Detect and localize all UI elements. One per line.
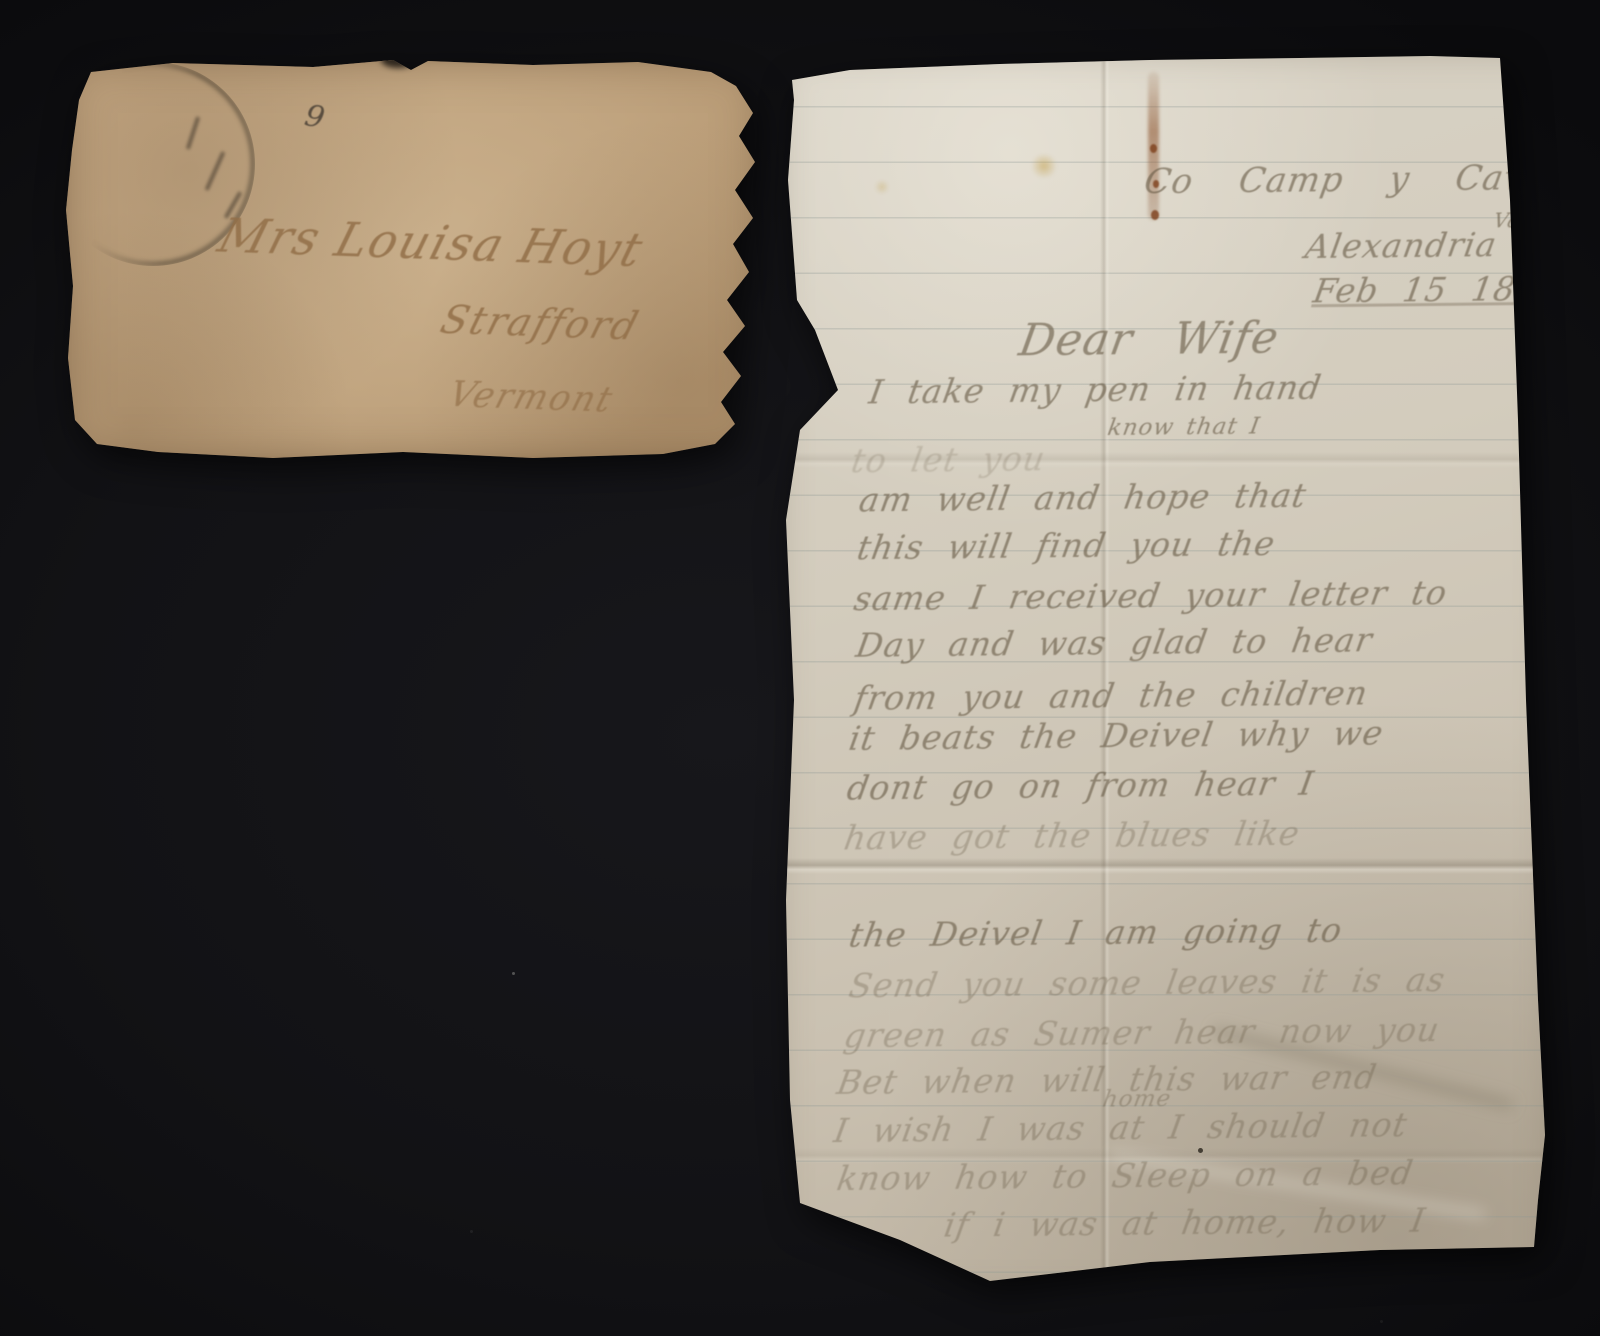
dust-speck [470,1230,473,1233]
letter-line-2: to let you [849,439,1049,480]
letter-heading-date: Feb 15 1863 [1311,269,1564,311]
ink-smudge [381,52,415,68]
envelope-wrapper: 9 Mrs Louisa Hoyt Strafford Vermont [63,58,763,462]
letter-line-8: it beats the Deivel why we [846,713,1386,758]
letter-line-11: the Deivel I am going to [846,910,1345,954]
ink-smudge [313,510,353,520]
horizontal-fold-crease [778,858,1550,874]
dust-speck [512,972,515,975]
letter-salutation: Dear Wife [1016,313,1283,367]
letter-line-15: I wish I was at I should not [831,1105,1410,1150]
letter-line-9: dont go on from hear I [844,764,1317,808]
pencil-rate-number: 9 [302,98,328,136]
ink-speck [1198,1148,1203,1153]
letter-wrapper: Co Camp y Cava Va Alexandria Feb 15 1863… [778,52,1550,1297]
letter-line-5: same I received your letter to [851,573,1450,618]
yellow-stain [874,180,890,194]
rust-stain-dot [1151,210,1159,220]
letter-sheet: Co Camp y Cava Va Alexandria Feb 15 1863… [778,52,1550,1297]
dust-speck [1380,1320,1383,1323]
envelope: 9 Mrs Louisa Hoyt Strafford Vermont [63,58,763,462]
letter-heading-place: Alexandria [1303,225,1500,266]
letter-line-17: if i was at home, how I [941,1200,1428,1244]
address-line-recipient: Mrs Louisa Hoyt [212,209,650,279]
photo-background: 9 Mrs Louisa Hoyt Strafford Vermont Co C… [0,0,1600,1336]
yellow-stain [1030,154,1058,178]
letter-line-4: this will find you the [854,524,1278,567]
rust-stain-dot [1150,144,1157,153]
letter-line-7: from you and the children [851,673,1371,717]
letter-line-10: have got the blues like [841,814,1303,858]
letter-line-3: am well and hope that [856,476,1309,520]
address-line-town: Strafford [436,298,645,350]
letter-line-16: know how to Sleep on a bed [834,1153,1416,1198]
letter-line-6: Day and was glad to hear [853,620,1375,664]
letter-heading-camp: Co Camp y Cava [1141,158,1549,202]
letter-line-12: Send you some leaves it is as [846,960,1448,1005]
insertion-know-that: know that I [1106,413,1263,441]
letter-line-13: green as Sumer hear now you [841,1010,1443,1055]
address-line-state: Vermont [444,375,618,421]
letter-line-1: I take my pen in hand [866,368,1324,412]
